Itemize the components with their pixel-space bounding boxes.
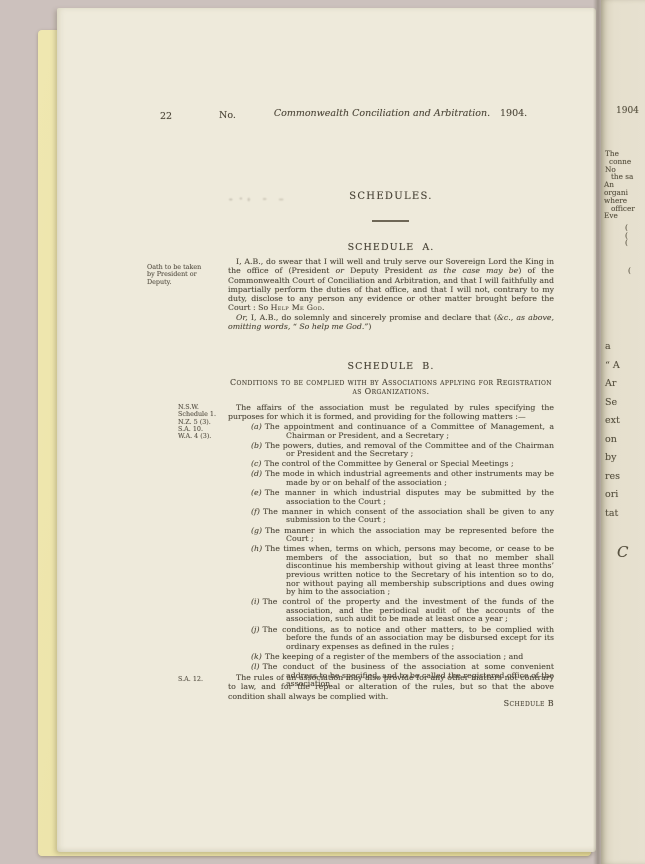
item-text: The appointment and continuance of a Com… — [265, 422, 554, 440]
text-fragment: a — [605, 338, 620, 357]
item-text: The manner in which industrial disputes … — [265, 488, 554, 506]
item-label: (a) — [251, 422, 262, 431]
text-fragment: ext — [605, 412, 620, 431]
schedule-b-item: (k)The keeping of a register of the memb… — [228, 653, 554, 662]
item-text: The manner in which the association may … — [265, 526, 554, 544]
text-fragment: res — [605, 468, 620, 487]
margin-note-line: W.A. 4 (3). — [178, 433, 230, 440]
schedule-b-item: (b)The powers, duties, and removal of th… — [228, 442, 554, 459]
document-page: 22 No. Commonwealth Conciliation and Arb… — [57, 8, 596, 852]
schedule-b-item: (a)The appointment and continuance of a … — [228, 423, 554, 440]
schedule-b-item: (h)The times when, terms on which, perso… — [228, 545, 554, 597]
schedule-b-margin-note: N.S.W.Schedule 1.N.Z. 5 (3).S.A. 10.W.A.… — [178, 404, 230, 440]
text-fragment: by — [605, 449, 620, 468]
ink-smudge — [225, 194, 297, 204]
item-text: The control of the property and the inve… — [263, 597, 554, 623]
schedule-b-item: (c)The control of the Committee by Gener… — [228, 460, 554, 469]
item-text: The times when, terms on which, persons … — [265, 544, 554, 596]
item-text: The manner in which consent of the assoc… — [263, 507, 554, 525]
item-label: (g) — [251, 526, 262, 535]
item-text: The keeping of a register of the members… — [265, 652, 523, 661]
text-fragment: tat — [605, 505, 620, 524]
item-label: (c) — [251, 459, 261, 468]
item-label: (d) — [251, 469, 262, 478]
closing-margin-note: S.A. 12. — [178, 676, 230, 683]
schedule-b-heading: SCHEDULE B. — [228, 361, 554, 372]
text-fragment: Eve — [604, 212, 635, 220]
oath-paragraph: I, A.B., do swear that I will well and t… — [228, 257, 554, 313]
facing-page-text-fragments-top: TheconneNothe saAnorganiwhereofficerEve — [604, 150, 635, 220]
text-fragment: “ A — [605, 357, 620, 376]
item-text: The mode in which industrial agreements … — [265, 469, 554, 487]
schedule-b-item: (d)The mode in which industrial agreemen… — [228, 470, 554, 487]
schedule-b-intro: The affairs of the association must be r… — [228, 403, 554, 422]
schedule-b-subheading: Conditions to be complied with by Associ… — [228, 378, 554, 396]
facing-page-text-fragments-middle: a“ AArSeextonbyresoritat — [605, 338, 620, 523]
page-number: 22 — [160, 111, 172, 122]
text-fragment: Ar — [605, 375, 620, 394]
schedule-a-body: I, A.B., do swear that I will well and t… — [228, 257, 554, 331]
schedule-b-item-list: (a)The appointment and continuance of a … — [228, 423, 554, 690]
facing-page-paren-fragments: ((( — [625, 224, 628, 247]
schedule-b-item: (f)The manner in which consent of the as… — [228, 508, 554, 525]
facing-page-initial-letter: C — [617, 543, 628, 561]
alternative-oath-paragraph: Or, I, A.B., do solemnly and sincerely p… — [228, 313, 554, 332]
item-label: (k) — [251, 652, 262, 661]
schedule-b-item: (j)The conditions, as to notice and othe… — [228, 626, 554, 652]
text-fragment: ( — [625, 239, 628, 247]
item-text: The powers, duties, and removal of the C… — [265, 441, 554, 459]
schedule-b-item: (g)The manner in which the association m… — [228, 527, 554, 544]
schedule-b-item: (i)The control of the property and the i… — [228, 598, 554, 624]
item-label: (h) — [251, 544, 262, 553]
schedule-a-margin-note: Oath to be taken by President or Deputy. — [147, 264, 203, 286]
item-text: The conditions, as to notice and other m… — [263, 625, 554, 651]
text-fragment: on — [605, 431, 620, 450]
item-text: The control of the Committee by General … — [264, 459, 513, 468]
catchword: Schedule B — [228, 699, 554, 708]
schedule-b-item: (e)The manner in which industrial disput… — [228, 489, 554, 506]
text-fragment: Se — [605, 394, 620, 413]
running-title: Commonwealth Conciliation and Arbitratio… — [242, 108, 522, 119]
subheading-line-1: Conditions to be complied with by Associ… — [228, 378, 554, 387]
item-label: (i) — [251, 597, 260, 606]
schedule-b-closing: The rules of an association may also pro… — [228, 673, 554, 701]
item-label: (e) — [251, 488, 262, 497]
text-fragment: ori — [605, 486, 620, 505]
item-label: (j) — [251, 625, 260, 634]
facing-page-year: 1904 — [616, 106, 639, 116]
act-number-label: No. — [219, 110, 236, 121]
item-label: (b) — [251, 441, 262, 450]
scanned-book-spread: { "colors": { "backdrop": "#ccc1bd", "un… — [0, 0, 645, 864]
subheading-line-2: as Organizations. — [228, 387, 554, 396]
facing-page-sliver: 1904 TheconneNothe saAnorganiwhereoffice… — [601, 0, 645, 864]
schedule-a-heading: SCHEDULE A. — [228, 242, 554, 253]
item-label: (l) — [251, 662, 260, 671]
year-label: 1904. — [500, 108, 527, 119]
facing-page-paren-fragment: ( — [628, 266, 631, 275]
item-label: (f) — [251, 507, 260, 516]
section-divider — [372, 220, 409, 222]
